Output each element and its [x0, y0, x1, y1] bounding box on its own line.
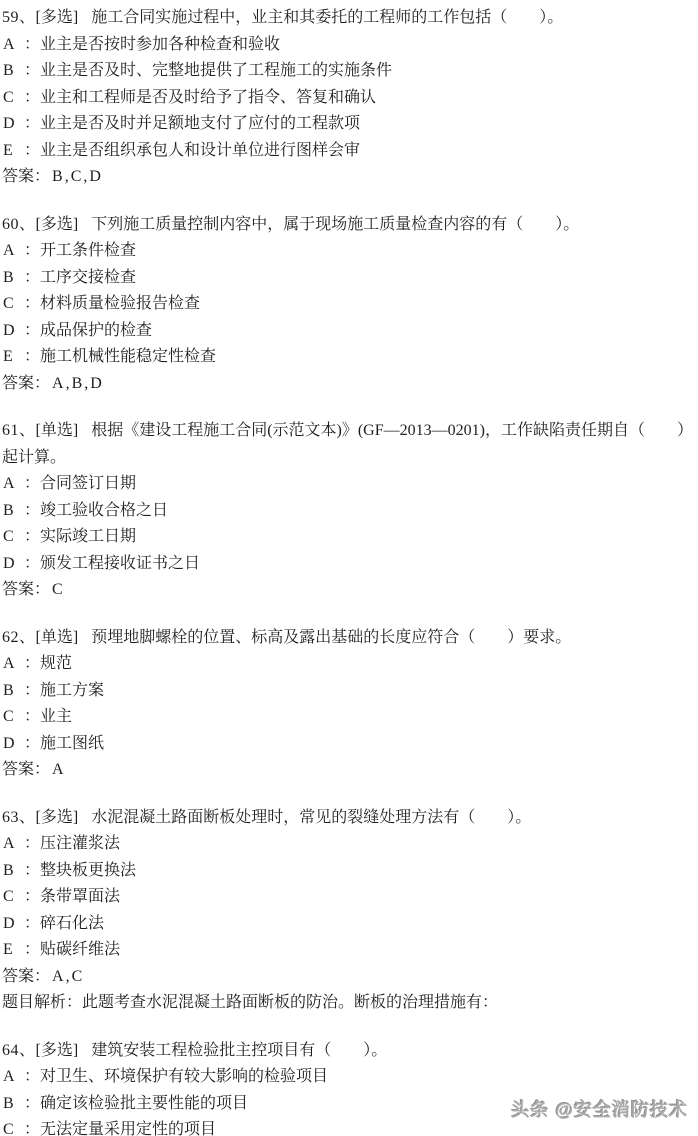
option-label: C: [2, 704, 24, 731]
answer-prefix: 答案：: [2, 581, 50, 598]
option-text: 确定该检验批主要性能的项目: [40, 1095, 248, 1112]
option-colon: ：: [24, 1117, 40, 1136]
question-title: 64、[多选]建筑安装工程检验批主控项目有（ ）。: [2, 1038, 690, 1065]
option-label: C: [2, 85, 24, 112]
option-text: 无法定量采用定性的项目: [40, 1121, 216, 1136]
question-number: 60、: [2, 216, 36, 233]
option-text: 施工方案: [40, 682, 104, 699]
option-label: D: [2, 911, 24, 938]
option-colon: ：: [24, 138, 40, 165]
answer-value: B,C,D: [50, 168, 103, 185]
option-colon: ：: [24, 32, 40, 59]
answer-value: A,C: [50, 968, 84, 985]
option-label: C: [2, 524, 24, 551]
question-number: 64、: [2, 1042, 36, 1059]
option-line: D：碎石化法: [2, 911, 690, 938]
option-line: C：条带罩面法: [2, 884, 690, 911]
answer-prefix: 答案：: [2, 375, 50, 392]
option-text: 施工机械性能稳定性检查: [40, 348, 216, 365]
question-block: 61、[单选]根据《建设工程施工合同(示范文本)》(GF—2013—0201)，…: [2, 418, 690, 604]
option-colon: ：: [24, 265, 40, 292]
option-label: B: [2, 58, 24, 85]
option-line: C：业主: [2, 704, 690, 731]
option-line: E：贴碳纤维法: [2, 937, 690, 964]
option-colon: ：: [24, 551, 40, 578]
option-text: 实际竣工日期: [40, 528, 136, 545]
option-line: E：施工机械性能稳定性检查: [2, 344, 690, 371]
explanation-prefix: 题目解析：: [2, 994, 82, 1011]
option-label: B: [2, 265, 24, 292]
option-text: 碎石化法: [40, 915, 104, 932]
question-text: 施工合同实施过程中，业主和其委托的工程师的工作包括（ ）。: [91, 9, 563, 26]
option-line: D：成品保护的检查: [2, 318, 690, 345]
option-text: 材料质量检验报告检查: [40, 295, 200, 312]
option-text: 竣工验收合格之日: [40, 502, 168, 519]
answer-value: A,B,D: [50, 375, 104, 392]
option-label: C: [2, 1117, 24, 1136]
question-type-tag: [多选]: [36, 9, 79, 26]
option-text: 工序交接检查: [40, 269, 136, 286]
answer-value: C: [50, 581, 65, 598]
option-label: C: [2, 884, 24, 911]
option-colon: ：: [24, 937, 40, 964]
option-text: 业主是否及时并足额地支付了应付的工程款项: [40, 115, 360, 132]
option-text: 业主: [40, 708, 72, 725]
option-label: D: [2, 318, 24, 345]
explanation-line: 题目解析：此题考查水泥混凝土路面断板的防治。断板的治理措施有：: [2, 990, 690, 1017]
option-line: D：施工图纸: [2, 731, 690, 758]
question-title: 61、[单选]根据《建设工程施工合同(示范文本)》(GF—2013—0201)，…: [2, 418, 690, 471]
option-label: A: [2, 238, 24, 265]
answer-value: A: [50, 761, 66, 778]
answer-line: 答案：A: [2, 757, 690, 784]
option-label: E: [2, 138, 24, 165]
option-colon: ：: [24, 85, 40, 112]
option-line: A：开工条件检查: [2, 238, 690, 265]
option-colon: ：: [24, 471, 40, 498]
option-label: D: [2, 111, 24, 138]
option-colon: ：: [24, 238, 40, 265]
question-block: 62、[单选]预埋地脚螺栓的位置、标高及露出基础的长度应符合（ ）要求。 A：规…: [2, 625, 690, 784]
option-text: 整块板更换法: [40, 862, 136, 879]
explanation-text: 此题考查水泥混凝土路面断板的防治。断板的治理措施有：: [82, 994, 498, 1011]
option-label: B: [2, 858, 24, 885]
question-block: 60、[多选]下列施工质量控制内容中，属于现场施工质量检查内容的有（ ）。 A：…: [2, 212, 690, 398]
question-title: 60、[多选]下列施工质量控制内容中，属于现场施工质量检查内容的有（ ）。: [2, 212, 690, 239]
option-text: 条带罩面法: [40, 888, 120, 905]
option-text: 施工图纸: [40, 735, 104, 752]
option-line: B：业主是否及时、完整地提供了工程施工的实施条件: [2, 58, 690, 85]
option-line: A：业主是否按时参加各种检查和验收: [2, 32, 690, 59]
option-line: A：对卫生、环境保护有较大影响的检验项目: [2, 1064, 690, 1091]
option-line: B：整块板更换法: [2, 858, 690, 885]
question-text: 预埋地脚螺栓的位置、标高及露出基础的长度应符合（ ）要求。: [91, 629, 571, 646]
option-colon: ：: [24, 1091, 40, 1118]
option-text: 压注灌浆法: [40, 835, 120, 852]
option-colon: ：: [24, 58, 40, 85]
option-colon: ：: [24, 731, 40, 758]
option-colon: ：: [24, 678, 40, 705]
option-text: 贴碳纤维法: [40, 941, 120, 958]
question-title: 59、[多选]施工合同实施过程中，业主和其委托的工程师的工作包括（ ）。: [2, 5, 690, 32]
option-colon: ：: [24, 291, 40, 318]
option-line: D：颁发工程接收证书之日: [2, 551, 690, 578]
option-label: E: [2, 937, 24, 964]
option-line: E：业主是否组织承包人和设计单位进行图样会审: [2, 138, 690, 165]
option-label: B: [2, 1091, 24, 1118]
option-text: 业主是否及时、完整地提供了工程施工的实施条件: [40, 62, 392, 79]
question-title: 62、[单选]预埋地脚螺栓的位置、标高及露出基础的长度应符合（ ）要求。: [2, 625, 690, 652]
options-list: A：压注灌浆法 B：整块板更换法 C：条带罩面法 D：碎石化法 E：贴碳纤维法: [2, 831, 690, 964]
option-line: A：压注灌浆法: [2, 831, 690, 858]
option-line: D：业主是否及时并足额地支付了应付的工程款项: [2, 111, 690, 138]
answer-line: 答案：C: [2, 577, 690, 604]
answer-prefix: 答案：: [2, 968, 50, 985]
question-list: 59、[多选]施工合同实施过程中，业主和其委托的工程师的工作包括（ ）。 A：业…: [2, 5, 690, 1136]
option-colon: ：: [24, 111, 40, 138]
option-label: A: [2, 471, 24, 498]
option-colon: ：: [24, 1064, 40, 1091]
options-list: A：规范 B：施工方案 C：业主 D：施工图纸: [2, 651, 690, 757]
option-colon: ：: [24, 344, 40, 371]
answer-line: 答案：A,C: [2, 964, 690, 991]
option-text: 业主是否按时参加各种检查和验收: [40, 36, 280, 53]
question-text: 下列施工质量控制内容中，属于现场施工质量检查内容的有（ ）。: [91, 216, 579, 233]
option-colon: ：: [24, 524, 40, 551]
question-number: 63、: [2, 809, 36, 826]
option-text: 对卫生、环境保护有较大影响的检验项目: [40, 1068, 328, 1085]
option-text: 合同签订日期: [40, 475, 136, 492]
question-type-tag: [多选]: [36, 1042, 79, 1059]
question-type-tag: [多选]: [36, 809, 79, 826]
question-text: 根据《建设工程施工合同(示范文本)》(GF—2013—0201)，工作缺陷责任期…: [2, 422, 685, 466]
answer-line: 答案：A,B,D: [2, 371, 690, 398]
option-line: B：施工方案: [2, 678, 690, 705]
option-line: A：合同签订日期: [2, 471, 690, 498]
option-label: A: [2, 651, 24, 678]
question-title: 63、[多选]水泥混凝土路面断板处理时，常见的裂缝处理方法有（ ）。: [2, 805, 690, 832]
option-colon: ：: [24, 858, 40, 885]
option-colon: ：: [24, 704, 40, 731]
question-number: 61、: [2, 422, 36, 439]
options-list: A：开工条件检查 B：工序交接检查 C：材料质量检验报告检查 D：成品保护的检查…: [2, 238, 690, 371]
exam-page: 59、[多选]施工合同实施过程中，业主和其委托的工程师的工作包括（ ）。 A：业…: [0, 0, 698, 1136]
question-number: 62、: [2, 629, 36, 646]
question-block: 63、[多选]水泥混凝土路面断板处理时，常见的裂缝处理方法有（ ）。 A：压注灌…: [2, 805, 690, 1017]
option-line: B：工序交接检查: [2, 265, 690, 292]
option-line: C：材料质量检验报告检查: [2, 291, 690, 318]
answer-line: 答案：B,C,D: [2, 164, 690, 191]
question-number: 59、: [2, 9, 36, 26]
watermark-text: 头条 @安全消防技术: [511, 1096, 688, 1122]
option-line: A：规范: [2, 651, 690, 678]
option-text: 颁发工程接收证书之日: [40, 555, 200, 572]
option-colon: ：: [24, 831, 40, 858]
question-type-tag: [单选]: [36, 629, 79, 646]
option-colon: ：: [24, 651, 40, 678]
option-line: B：竣工验收合格之日: [2, 498, 690, 525]
option-colon: ：: [24, 884, 40, 911]
option-label: A: [2, 1064, 24, 1091]
option-text: 业主和工程师是否及时给予了指令、答复和确认: [40, 89, 376, 106]
option-label: D: [2, 731, 24, 758]
question-type-tag: [单选]: [36, 422, 79, 439]
option-line: C：业主和工程师是否及时给予了指令、答复和确认: [2, 85, 690, 112]
question-type-tag: [多选]: [36, 216, 79, 233]
question-text: 水泥混凝土路面断板处理时，常见的裂缝处理方法有（ ）。: [91, 809, 531, 826]
option-label: B: [2, 678, 24, 705]
options-list: A：业主是否按时参加各种检查和验收 B：业主是否及时、完整地提供了工程施工的实施…: [2, 32, 690, 165]
options-list: A：合同签订日期 B：竣工验收合格之日 C：实际竣工日期 D：颁发工程接收证书之…: [2, 471, 690, 577]
option-label: C: [2, 291, 24, 318]
option-text: 业主是否组织承包人和设计单位进行图样会审: [40, 142, 360, 159]
question-text: 建筑安装工程检验批主控项目有（ ）。: [91, 1042, 387, 1059]
question-block: 59、[多选]施工合同实施过程中，业主和其委托的工程师的工作包括（ ）。 A：业…: [2, 5, 690, 191]
option-label: D: [2, 551, 24, 578]
option-colon: ：: [24, 498, 40, 525]
option-text: 开工条件检查: [40, 242, 136, 259]
option-colon: ：: [24, 318, 40, 345]
option-label: E: [2, 344, 24, 371]
option-label: B: [2, 498, 24, 525]
option-text: 成品保护的检查: [40, 322, 152, 339]
option-label: A: [2, 32, 24, 59]
option-label: A: [2, 831, 24, 858]
answer-prefix: 答案：: [2, 168, 50, 185]
option-text: 规范: [40, 655, 72, 672]
option-line: C：实际竣工日期: [2, 524, 690, 551]
answer-prefix: 答案：: [2, 761, 50, 778]
option-colon: ：: [24, 911, 40, 938]
